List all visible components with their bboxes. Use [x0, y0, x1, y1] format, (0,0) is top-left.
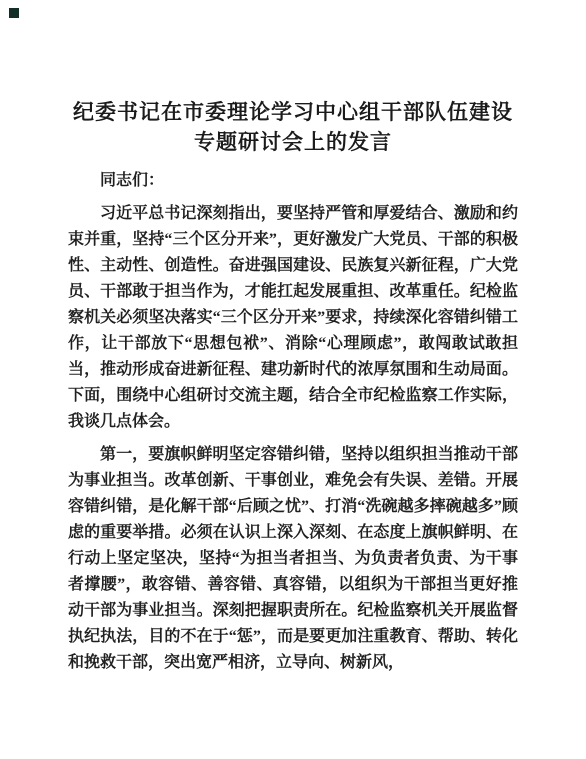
paragraph-greeting: 同志们：	[68, 168, 518, 194]
document-title-line1: 纪委书记在市委理论学习中心组干部队伍建设	[40, 98, 546, 128]
document-page: { "page": { "corner_mark_color": "#132e2…	[0, 0, 586, 759]
corner-logo-mark	[9, 8, 19, 18]
paragraph-intro: 习近平总书记深刻指出，要坚持严管和厚爱结合、激励和约束并重，坚持“三个区分开来”…	[68, 201, 518, 435]
document-title-line2: 专题研讨会上的发言	[40, 128, 546, 158]
paragraph-first-point: 第一，要旗帜鲜明坚定容错纠错，坚持以组织担当推动干部为事业担当。改革创新、干事创…	[68, 442, 518, 676]
document-title: 纪委书记在市委理论学习中心组干部队伍建设 专题研讨会上的发言	[40, 98, 546, 158]
document-body: 同志们： 习近平总书记深刻指出，要坚持严管和厚爱结合、激励和约束并重，坚持“三个…	[68, 168, 518, 676]
